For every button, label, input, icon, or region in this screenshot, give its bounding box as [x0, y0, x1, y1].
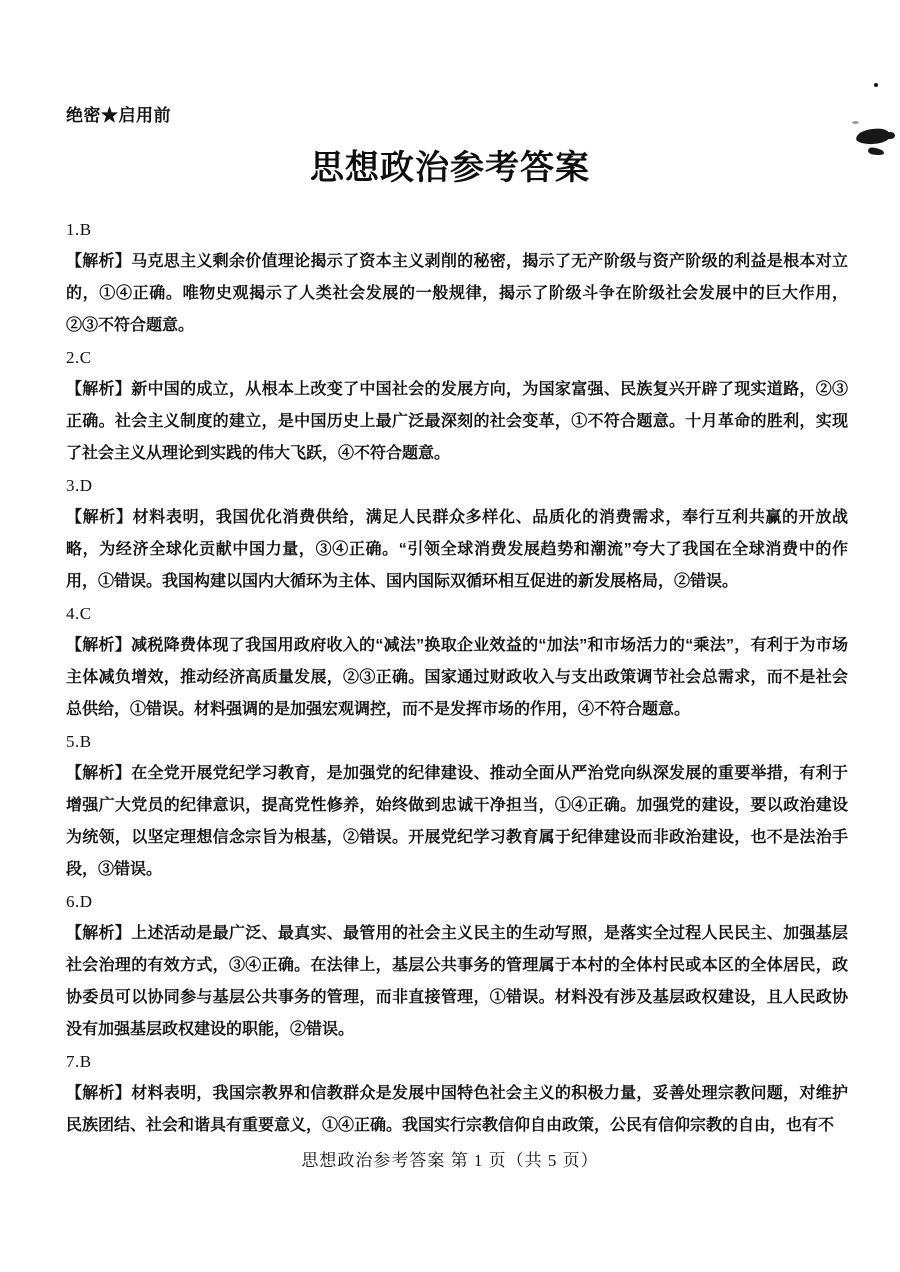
- answer-block-3: 3.D 【解析】材料表明，我国优化消费供给，满足人民群众多样化、品质化的消费需求…: [66, 470, 848, 598]
- page-footer: 思想政治参考答案 第 1 页（共 5 页）: [0, 1146, 900, 1171]
- scan-artifact-blob-tail: [886, 132, 895, 139]
- answer-analysis: 【解析】材料表明，我国宗教界和信教群众是发展中国特色社会主义的积极力量，妥善处理…: [66, 1078, 848, 1142]
- answer-label: 5.B: [66, 726, 848, 758]
- page-title: 思想政治参考答案: [0, 140, 900, 189]
- answer-analysis: 【解析】上述活动是最广泛、最真实、最管用的社会主义民主的生动写照，是落实全过程人…: [66, 918, 848, 1046]
- answer-block-5: 5.B 【解析】在全党开展党纪学习教育，是加强党的纪律建设、推动全面从严治党向纵…: [66, 726, 848, 886]
- answer-analysis: 【解析】减税降费体现了我国用政府收入的“减法”换取企业效益的“加法”和市场活力的…: [66, 630, 848, 726]
- answer-label: 7.B: [66, 1046, 848, 1078]
- scan-artifact-dot: [874, 83, 878, 87]
- classification-label: 绝密★启用前: [66, 101, 171, 126]
- answer-analysis: 【解析】材料表明，我国优化消费供给，满足人民群众多样化、品质化的消费需求，奉行互…: [66, 502, 848, 598]
- answer-label: 1.B: [66, 214, 848, 246]
- answer-label: 2.C: [66, 342, 848, 374]
- answer-block-4: 4.C 【解析】减税降费体现了我国用政府收入的“减法”换取企业效益的“加法”和市…: [66, 598, 848, 726]
- answer-block-6: 6.D 【解析】上述活动是最广泛、最真实、最管用的社会主义民主的生动写照，是落实…: [66, 886, 848, 1046]
- answer-label: 6.D: [66, 886, 848, 918]
- answer-label: 3.D: [66, 470, 848, 502]
- answer-analysis: 【解析】马克思主义剩余价值理论揭示了资本主义剥削的秘密，揭示了无产阶级与资产阶级…: [66, 246, 848, 342]
- answer-analysis: 【解析】新中国的成立，从根本上改变了中国社会的发展方向，为国家富强、民族复兴开辟…: [66, 374, 848, 470]
- answers-list: 1.B 【解析】马克思主义剩余价值理论揭示了资本主义剥削的秘密，揭示了无产阶级与…: [66, 214, 848, 1142]
- document-page: 绝密★启用前 思想政治参考答案 1.B 【解析】马克思主义剩余价值理论揭示了资本…: [0, 0, 900, 1272]
- answer-analysis: 【解析】在全党开展党纪学习教育，是加强党的纪律建设、推动全面从严治党向纵深发展的…: [66, 758, 848, 886]
- answer-block-1: 1.B 【解析】马克思主义剩余价值理论揭示了资本主义剥削的秘密，揭示了无产阶级与…: [66, 214, 848, 342]
- scan-artifact-speck: [852, 121, 859, 124]
- answer-block-2: 2.C 【解析】新中国的成立，从根本上改变了中国社会的发展方向，为国家富强、民族…: [66, 342, 848, 470]
- answer-label: 4.C: [66, 598, 848, 630]
- answer-block-7: 7.B 【解析】材料表明，我国宗教界和信教群众是发展中国特色社会主义的积极力量，…: [66, 1046, 848, 1142]
